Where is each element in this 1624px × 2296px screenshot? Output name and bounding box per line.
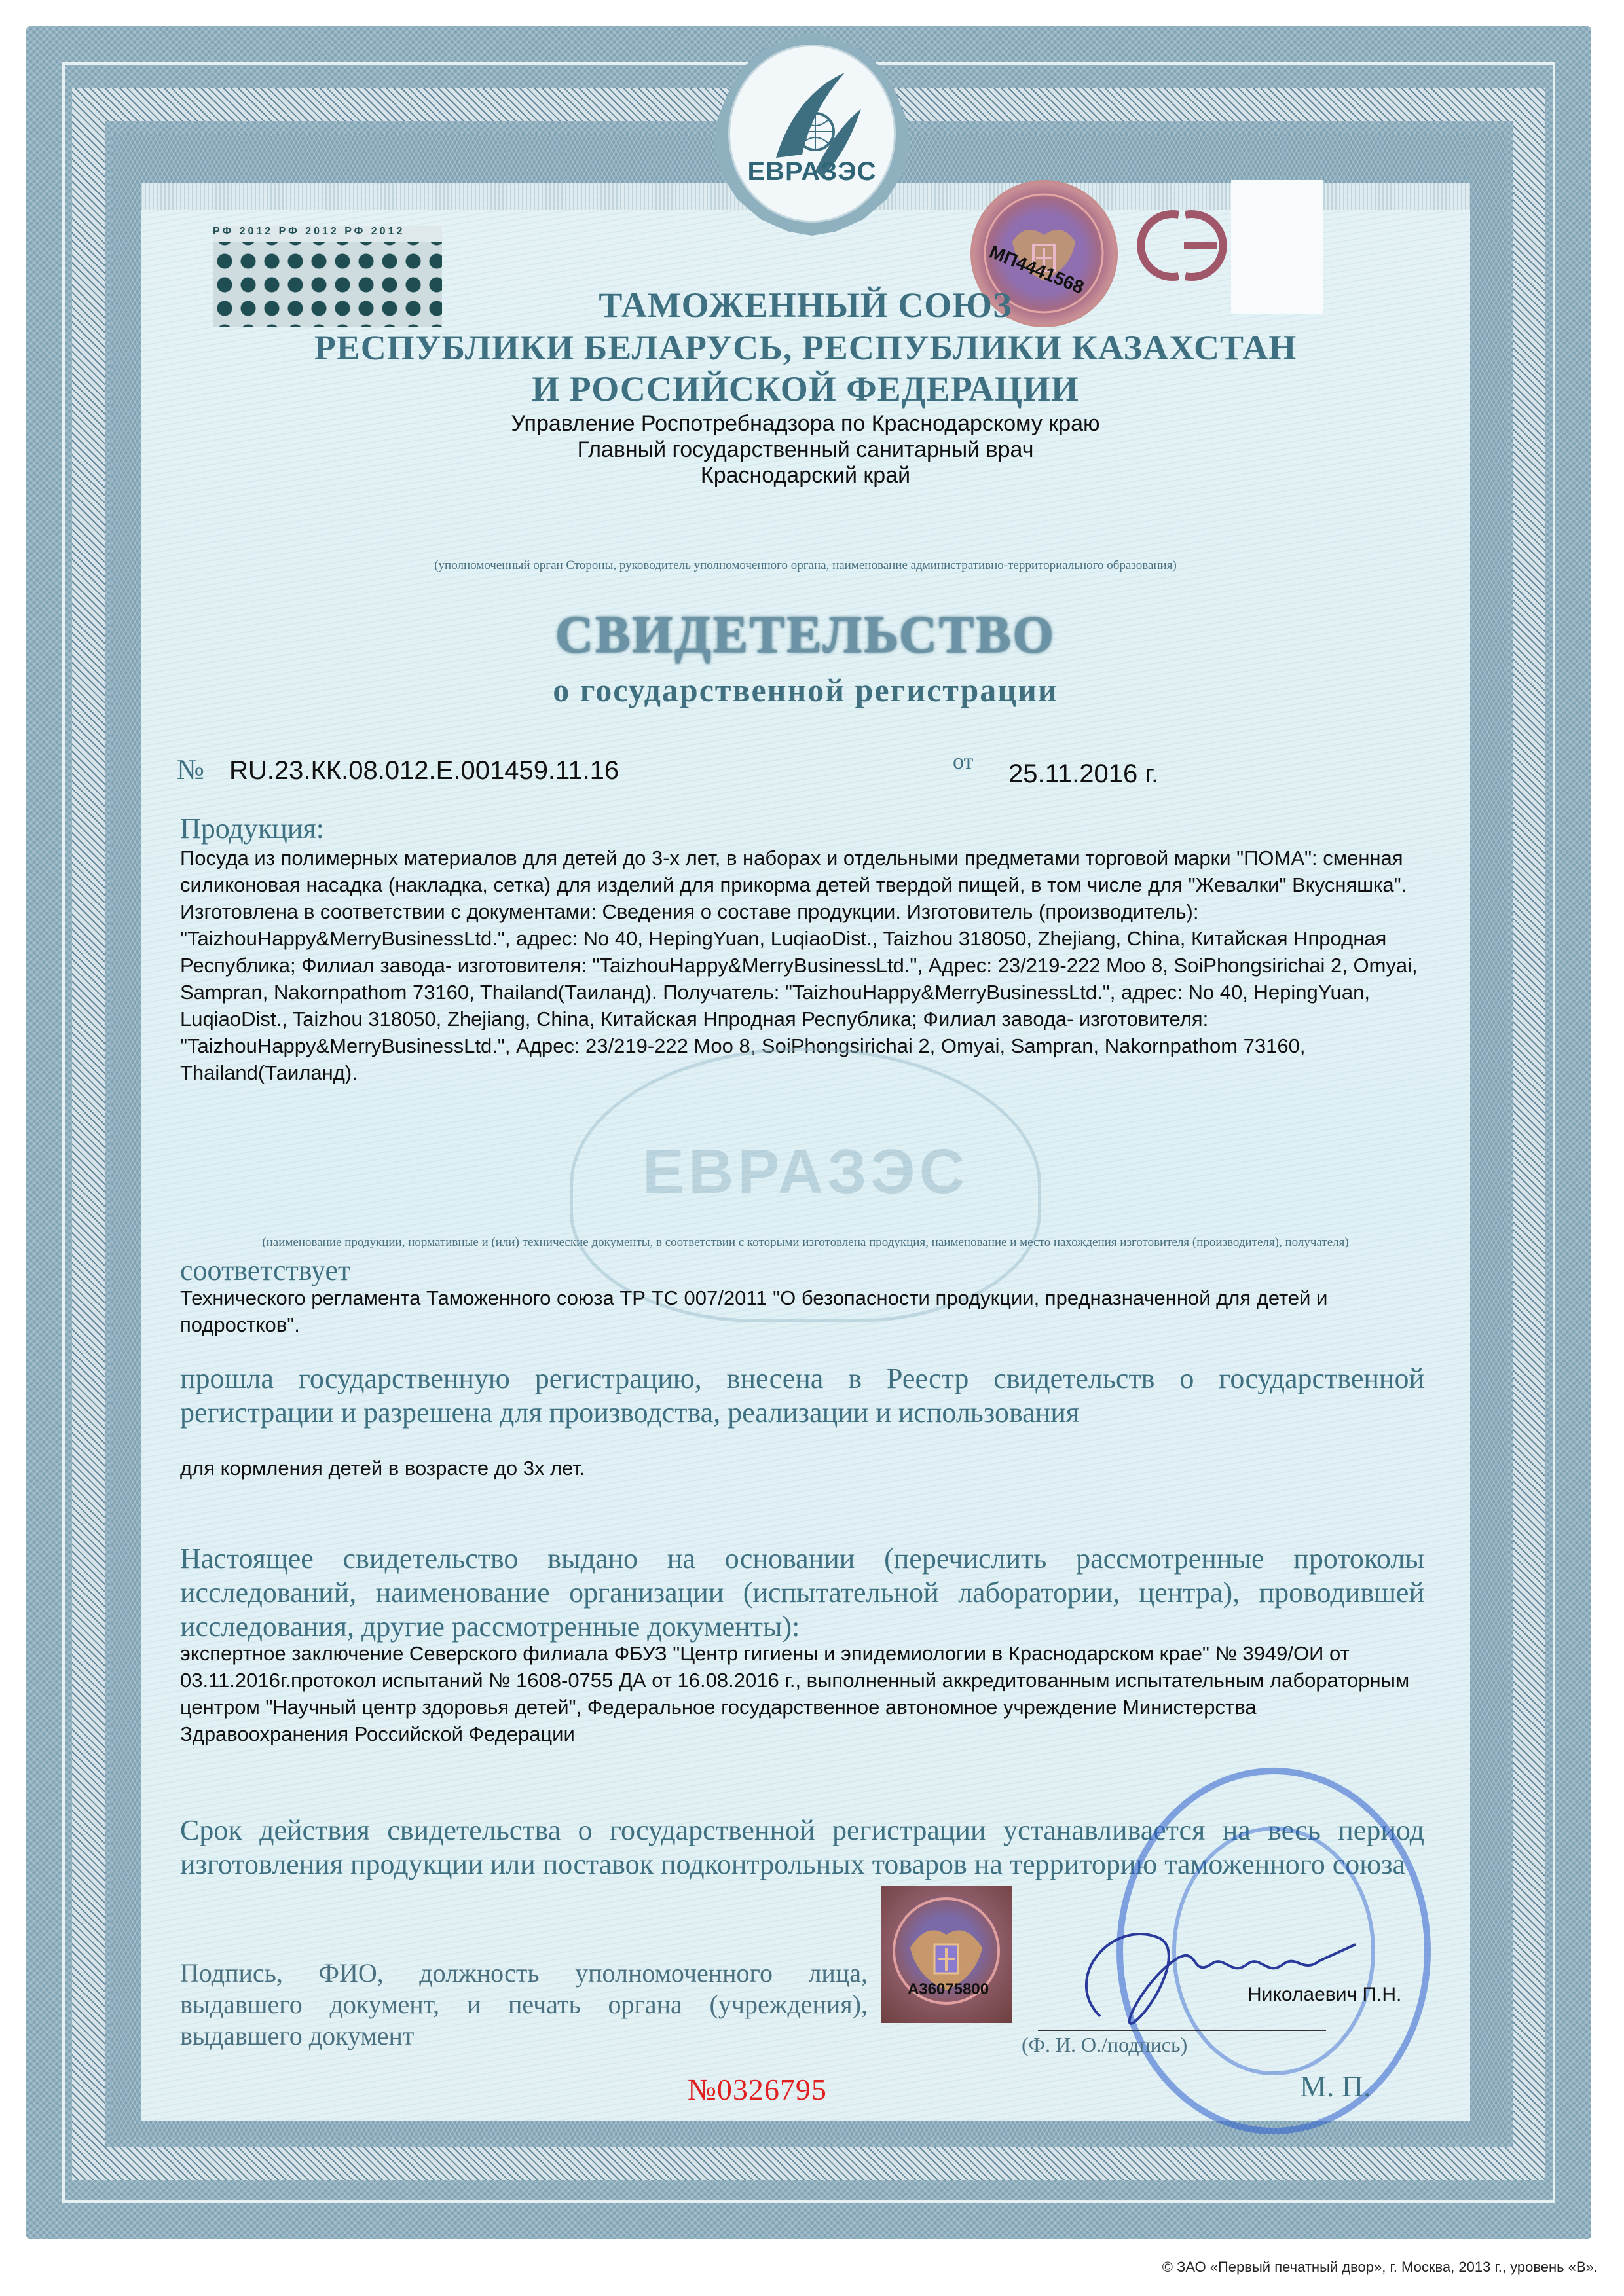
authority-line-2: Главный государственный санитарный врач (141, 437, 1470, 463)
authority-caption: (уполномоченный орган Стороны, руководит… (141, 558, 1470, 573)
registration-statement: прошла государственную регистрацию, внес… (180, 1362, 1424, 1430)
authority-line-1: Управление Роспотребнадзора по Краснодар… (141, 411, 1470, 437)
header-line-2: РЕСПУБЛИКИ БЕЛАРУСЬ, РЕСПУБЛИКИ КАЗАХСТА… (141, 327, 1470, 368)
signature-line (1038, 2030, 1326, 2031)
seal-placement-label: М. П. (1300, 2069, 1371, 2104)
signature-label: Подпись, ФИО, должность уполномоченного … (180, 1958, 868, 2052)
certificate-subtitle: о государственной регистрации (141, 671, 1470, 709)
certificate-title: СВИДЕТЕЛЬСТВО (141, 606, 1470, 665)
printer-footer: © ЗАО «Первый печатный двор», г. Москва,… (1022, 2259, 1598, 2276)
registration-date: 25.11.2016 г. (1008, 759, 1158, 789)
registration-number: RU.23.КК.08.012.Е.001459.11.16 (229, 756, 619, 786)
signature-caption: (Ф. И. О./подпись) (1022, 2033, 1187, 2057)
emblem-label: ЕВРАЗЭС (728, 157, 896, 187)
conformity-text: Технического регламента Таможенного союз… (180, 1285, 1424, 1338)
usage-scope: для кормления детей в возрасте до 3х лет… (180, 1455, 1424, 1482)
registration-date-label: от (953, 750, 973, 774)
customs-union-se-mark-icon (1133, 203, 1231, 288)
rospotrebnadzor-hologram-square-icon (881, 1886, 1012, 2023)
hologram-serial-bottom: А36075800 (889, 1980, 1007, 1999)
basis-statement: Настоящее свидетельство выдано на основа… (180, 1542, 1424, 1644)
header-line-3: И РОССИЙСКОЙ ФЕДЕРАЦИИ (141, 369, 1470, 409)
conformity-label: соответствует (180, 1254, 350, 1287)
header-line-1: ТАМОЖЕННЫЙ СОЮЗ (141, 285, 1470, 325)
authority-line-3: Краснодарский край (141, 463, 1470, 488)
product-caption: (наименование продукции, нормативные и (… (141, 1235, 1470, 1250)
eurasec-emblem-icon (728, 45, 896, 223)
security-strip-label: РФ 2012 РФ 2012 РФ 2012 (213, 226, 442, 242)
form-serial-number: №0326795 (688, 2072, 827, 2107)
product-label: Продукция: (180, 812, 324, 845)
registration-number-label: № (177, 753, 204, 786)
handwritten-signature-icon (1022, 1899, 1362, 2043)
signer-name: Николаевич П.Н. (1247, 1984, 1401, 2006)
watermark-label: ЕВРАЗЭС (570, 1136, 1041, 1208)
basis-details: экспертное заключение Северского филиала… (180, 1640, 1424, 1747)
